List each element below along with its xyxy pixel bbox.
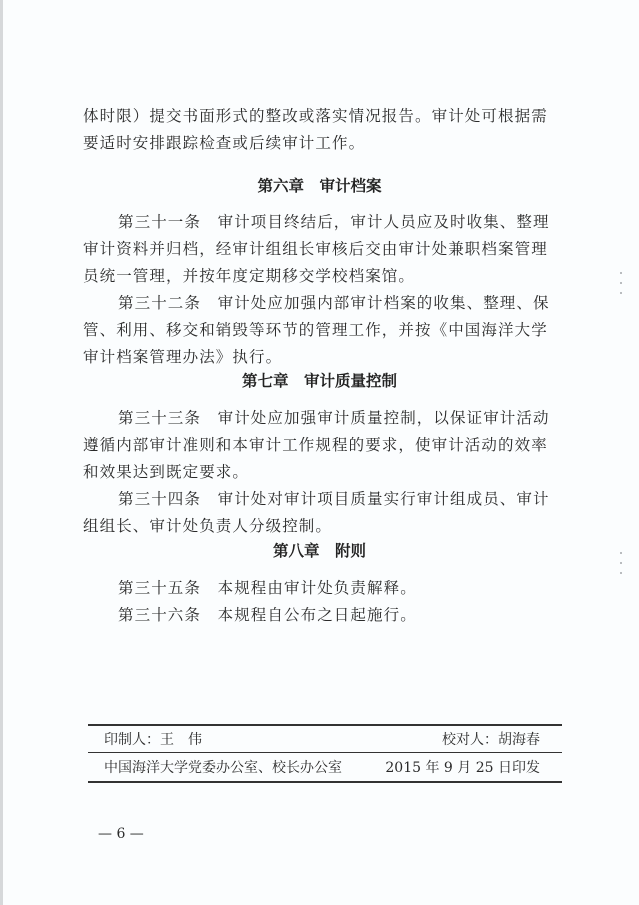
printer-label: 印制人：王 伟 bbox=[104, 731, 202, 749]
article-31-line: 第三十一条 审计项目终结后，审计人员应及时收集、整理 bbox=[118, 212, 598, 232]
paragraph-line: 体时限）提交书面形式的整改或落实情况报告。审计处可根据需 bbox=[83, 106, 563, 126]
article-32-line: 第三十二条 审计处应加强内部审计档案的收集、整理、保 bbox=[118, 293, 598, 313]
chapter-6-heading: 第六章 审计档案 bbox=[0, 176, 639, 196]
paragraph-line: 管、利用、移交和销毁等环节的管理工作，并按《中国海洋大学 bbox=[83, 320, 563, 340]
article-35-line: 第三十五条 本规程由审计处负责解释。 bbox=[118, 578, 598, 598]
chapter-8-heading: 第八章 附则 bbox=[0, 541, 639, 561]
paragraph-line: 和效果达到既定要求。 bbox=[83, 462, 563, 482]
page-number: — 6 — bbox=[98, 826, 144, 842]
footer-rule-middle bbox=[88, 752, 562, 753]
document-page: 体时限）提交书面形式的整改或落实情况报告。审计处可根据需 要适时安排跟踪检查或后… bbox=[0, 0, 639, 905]
paragraph-line: 要适时安排跟踪检查或后续审计工作。 bbox=[83, 133, 563, 153]
article-33-line: 第三十三条 审计处应加强审计质量控制，以保证审计活动 bbox=[118, 408, 598, 428]
issuer-label: 中国海洋大学党委办公室、校长办公室 bbox=[104, 759, 342, 777]
paragraph-line: 员统一管理，并按年度定期移交学校档案馆。 bbox=[83, 266, 563, 286]
paragraph-line: 组组长、审计处负责人分级控制。 bbox=[83, 516, 563, 536]
footer-rule-bottom bbox=[88, 781, 562, 783]
paragraph-line: 审计档案管理办法》执行。 bbox=[83, 347, 563, 367]
proofreader-label: 校对人：胡海春 bbox=[442, 731, 540, 749]
binding-marks bbox=[620, 272, 624, 302]
paragraph-line: 审计资料并归档，经审计组组长审核后交由审计处兼职档案管理 bbox=[83, 239, 563, 259]
article-34-line: 第三十四条 审计处对审计项目质量实行审计组成员、审计 bbox=[118, 489, 598, 509]
chapter-7-heading: 第七章 审计质量控制 bbox=[0, 371, 639, 391]
binding-marks bbox=[620, 552, 624, 582]
issue-date: 2015 年 9 月 25 日印发 bbox=[385, 759, 540, 777]
footer-rule-top bbox=[88, 724, 562, 726]
paragraph-line: 遵循内部审计准则和本审计工作规程的要求，使审计活动的效率 bbox=[83, 435, 563, 455]
article-36-line: 第三十六条 本规程自公布之日起施行。 bbox=[118, 605, 598, 625]
